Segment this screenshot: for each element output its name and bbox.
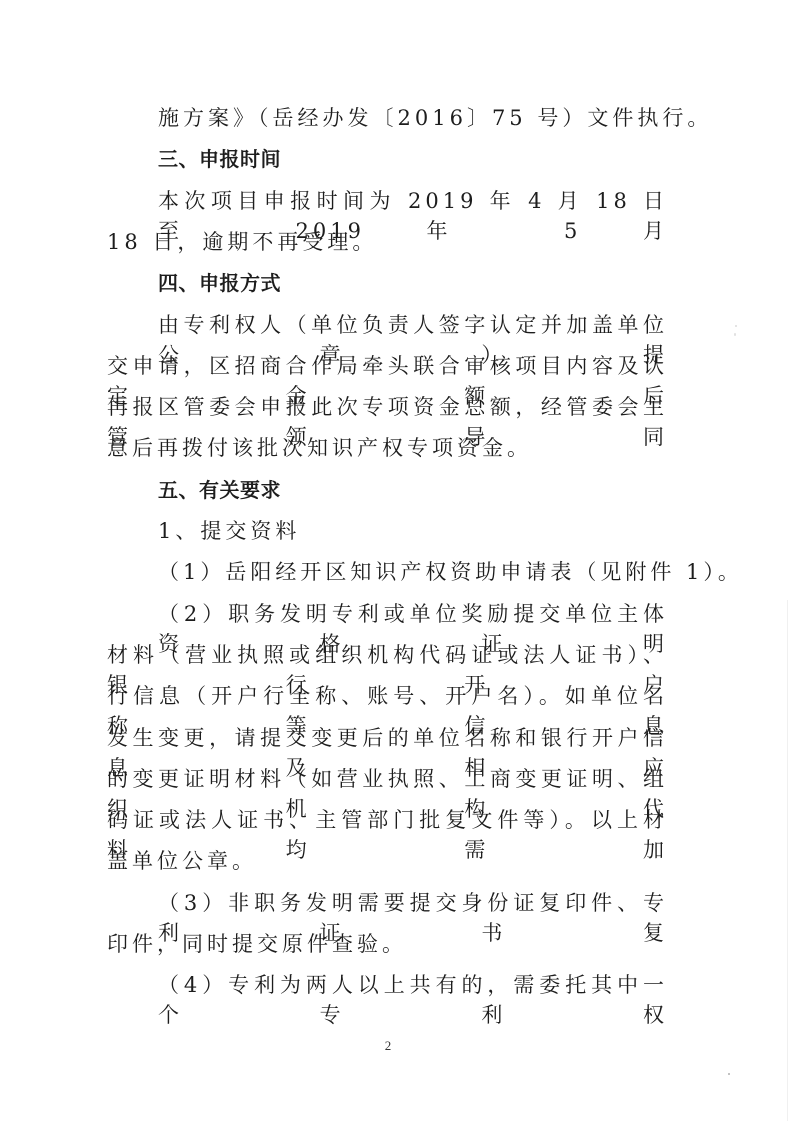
text-line: 的变更证明材料（如营业执照、工商变更证明、组织机构代	[107, 764, 668, 794]
text-line: （2）职务发明专利或单位奖励提交单位主体资格证明	[158, 599, 668, 629]
page-number: 2	[378, 1036, 398, 1056]
text-line: 施方案》（岳经办发〔2016〕75 号）文件执行。	[158, 103, 668, 133]
text-line: 发生变更，请提交变更后的单位名称和银行开户信息及相应	[107, 723, 668, 753]
section-heading: 四、申报方式	[158, 268, 668, 298]
scan-edge	[787, 600, 788, 1121]
scan-speck	[728, 1073, 730, 1075]
section-heading: 五、有关要求	[158, 475, 668, 505]
text-line: 本次项目申报时间为 2019 年 4 月 18 日至 2019 年 5 月	[158, 186, 668, 216]
text-line: （3）非职务发明需要提交身份证复印件、专利证书复	[158, 888, 668, 918]
text-line: （4）专利为两人以上共有的，需委托其中一个专利权	[158, 970, 668, 1000]
document-page: 施方案》（岳经办发〔2016〕75 号）文件执行。 三、申报时间 本次项目申报时…	[0, 0, 793, 1121]
text-line: 意后再拨付该批次知识产权专项资金。	[107, 433, 668, 463]
scan-speck	[734, 333, 736, 336]
text-line: 由专利权人（单位负责人签字认定并加盖单位公章）提	[158, 310, 668, 340]
text-line: 交申请，区招商合作局牵头联合审核项目内容及认定金额后	[107, 351, 668, 381]
text-line: 印件，同时提交原件查验。	[107, 929, 668, 959]
text-line: （1）岳阳经开区知识产权资助申请表（见附件 1）。	[158, 557, 668, 587]
text-line: 再报区管委会申报此次专项资金总额，经管委会主管领导同	[107, 392, 668, 422]
section-heading: 三、申报时间	[158, 144, 668, 174]
text-line: 材料（营业执照或组织机构代码证或法人证书）、银行开户	[107, 640, 668, 670]
text-line: 18 日，逾期不再受理。	[107, 227, 668, 257]
scan-speck	[735, 325, 737, 327]
text-line: 码证或法人证书、主管部门批复文件等）。以上材料均需加	[107, 805, 668, 835]
text-line: 盖单位公章。	[107, 846, 668, 876]
text-line: 行信息（开户行全称、账号、开户名）。如单位名称等信息	[107, 681, 668, 711]
subsection-heading: 1、提交资料	[158, 516, 668, 546]
